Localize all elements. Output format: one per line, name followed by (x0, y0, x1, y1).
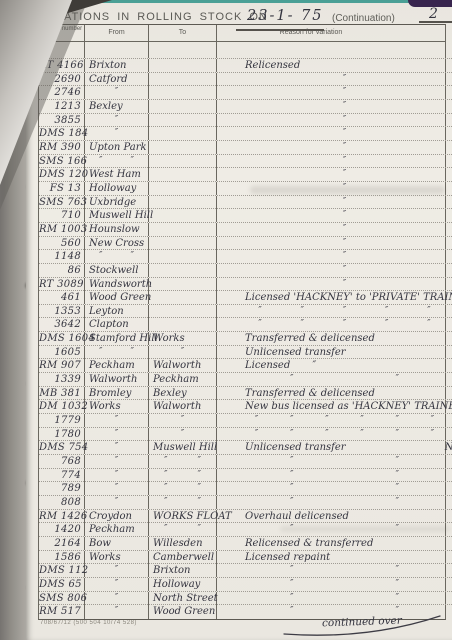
ditto-mark: ″ (131, 155, 134, 168)
page-title: ATIONS IN ROLLING STOCK ON (64, 11, 268, 23)
ditto-mark: ″ (290, 373, 293, 386)
table-row: 3855″″E (39, 114, 452, 128)
cell-reason: ″ (217, 237, 452, 250)
cell-to: North Street (149, 592, 217, 605)
cell-reason: ″ (217, 264, 452, 277)
ditto-mark: ″ (396, 373, 399, 386)
ditto-mark: ″ (131, 346, 134, 359)
cell-vehicle: 1148 (39, 250, 85, 263)
cell-to: ″″ (149, 469, 217, 482)
header-to: To (149, 25, 217, 41)
cell-reason: ″ (217, 223, 452, 236)
ditto-mark: ″ (290, 482, 293, 495)
cell-from: Walworth (85, 373, 149, 386)
cell-reason: ″″ (217, 455, 452, 468)
cell-reason: ″ (217, 278, 452, 291)
cell-vehicle: 1353 (39, 305, 85, 318)
cell-reason: ″″ (217, 592, 452, 605)
cell-vehicle: 1586 (39, 551, 85, 564)
ditto-mark: ″ (164, 455, 167, 468)
table-row: DMS 112″Brixton″″ (39, 564, 452, 578)
cell-from: Bow (85, 537, 149, 550)
ditto-mark: ″ (301, 318, 304, 331)
ditto-mark: ″ (343, 237, 346, 250)
cell-reason: ″ (217, 73, 452, 86)
cell-vehicle: DMS 120 (39, 168, 85, 181)
ditto-mark: ″ (343, 73, 346, 86)
cell-to: ″ (149, 414, 217, 427)
cell-vehicle: 86 (39, 264, 85, 277)
ditto-mark: ″ (396, 428, 399, 441)
cell-from: Catford (85, 73, 149, 86)
cell-reason: Unlicensed transfer (217, 346, 452, 359)
cell-from: Works (85, 551, 149, 564)
table-row: DMS 184″″E (39, 127, 452, 141)
ditto-mark: ″ (131, 250, 134, 263)
table-row: 1780″″″″″″″″NE (39, 428, 452, 442)
ditto-mark: ″ (181, 414, 184, 427)
cell-to (149, 155, 217, 168)
cell-from: Uxbridge (85, 196, 149, 209)
ditto-mark: ″ (343, 182, 346, 195)
cell-from: ″″ (85, 250, 149, 263)
cell-vehicle: RM 1426 (39, 510, 85, 523)
cell-to (149, 305, 217, 318)
table-row: RM 907PeckhamWalworthLicensed ″ (39, 359, 452, 373)
table-row (39, 42, 452, 59)
cell-from: Leyton (85, 305, 149, 318)
ditto-mark: ″ (290, 428, 293, 441)
ditto-mark: ″ (255, 414, 258, 427)
table-row: DM 1032WorksWalworthNew bus licensed as … (39, 400, 452, 414)
cell-from: Wandsworth (85, 278, 149, 291)
ditto-mark: ″ (343, 264, 346, 277)
ditto-mark: ″ (396, 414, 399, 427)
cell-from: Peckham (85, 523, 149, 536)
cell-reason: ″″″″″ (217, 305, 452, 318)
ditto-mark: ″ (325, 414, 328, 427)
cell-reason: ″″ (217, 523, 452, 536)
ditto-mark: ″ (343, 86, 346, 99)
header-from: From (85, 25, 149, 41)
cell-vehicle: 789 (39, 482, 85, 495)
ditto-mark: ″ (343, 141, 346, 154)
ditto-mark: ″ (343, 250, 346, 263)
variations-table: Vehicle number From To Reason for variat… (38, 24, 446, 620)
table-row: 710Muswell Hill″E (39, 209, 452, 223)
cell-reason: ″ (217, 250, 452, 263)
table-row: 1213Bexley″E (39, 100, 452, 114)
cell-vehicle: DMS 112 (39, 564, 85, 577)
table-row: 1605″″″Unlicensed transferE (39, 346, 452, 360)
ditto-mark: ″ (427, 305, 430, 318)
header-reason: Reason for variation (217, 25, 445, 41)
table-row: RT 3089Wandsworth″E (39, 278, 452, 292)
cell-reason (217, 42, 452, 58)
cell-reason: ″″″″″″ (217, 414, 452, 427)
cell-reason: Overhaul delicensed (217, 510, 452, 523)
cell-from: Works (85, 400, 149, 413)
cell-to: Holloway (149, 578, 217, 591)
cell-from: Stamford Hill (85, 332, 149, 345)
cell-vehicle: RM 1003 (39, 223, 85, 236)
cell-to (149, 223, 217, 236)
ditto-mark: ″ (301, 305, 304, 318)
continuation-label: (Continuation) (332, 13, 395, 24)
ditto-mark: ″ (290, 578, 293, 591)
cell-to (149, 264, 217, 277)
cell-to (149, 100, 217, 113)
cell-to (149, 182, 217, 195)
cell-vehicle: 774 (39, 469, 85, 482)
ditto-mark: ″ (290, 496, 293, 509)
table-body: RT 4166BrixtonRelicensedE2690Catford″E27… (39, 42, 445, 619)
cell-from: ″ (85, 469, 149, 482)
continued-over-underline-stroke (278, 610, 448, 640)
ditto-mark: ″ (164, 496, 167, 509)
table-row: SMS 763Uxbridge″E (39, 196, 452, 210)
cell-to (149, 141, 217, 154)
cell-vehicle: 1780 (39, 428, 85, 441)
cell-reason: ″ (217, 86, 452, 99)
cell-reason: ″″″″″″ (217, 428, 452, 441)
cell-from: Clapton (85, 318, 149, 331)
cell-reason: Transferred & delicensed (217, 387, 452, 400)
cell-from: Muswell Hill (85, 209, 149, 222)
ditto-mark: ″ (396, 455, 399, 468)
cell-to: ″″ (149, 455, 217, 468)
ditto-mark: ″ (396, 496, 399, 509)
cell-reason: ″ (217, 196, 452, 209)
cell-vehicle: SMS 166 (39, 155, 85, 168)
cell-to: Camberwell (149, 551, 217, 564)
table-row: DMS 65″Holloway″″ (39, 578, 452, 592)
ditto-mark: ″ (396, 469, 399, 482)
cell-to: Peckham (149, 373, 217, 386)
table-row: DMS 120West Ham″E (39, 168, 452, 182)
cell-reason: ″ (217, 182, 452, 195)
cell-reason: ″″ (217, 469, 452, 482)
cell-vehicle: SMS 763 (39, 196, 85, 209)
cell-from: ″ (85, 414, 149, 427)
cell-vehicle: 768 (39, 455, 85, 468)
cell-from: ″ (85, 428, 149, 441)
cell-to (149, 127, 217, 140)
cell-from: Hounslow (85, 223, 149, 236)
table-row: FS 13Holloway″E (39, 182, 452, 196)
ditto-mark: ″ (385, 318, 388, 331)
cell-vehicle: MB 381 (39, 387, 85, 400)
table-row: 774″″″″″″″ (39, 469, 452, 483)
date-handwritten: 23-1- 75 (247, 8, 324, 24)
table-row: DMS 1604Stamford HillWorksTransferred & … (39, 332, 452, 346)
cell-vehicle: RM 907 (39, 359, 85, 372)
cell-vehicle: 1605 (39, 346, 85, 359)
ditto-mark: ″ (164, 523, 167, 536)
cell-vehicle: DMS 1604 (39, 332, 85, 345)
table-row: 768″″″″″″″ (39, 455, 452, 469)
cell-vehicle: 1779 (39, 414, 85, 427)
ditto-mark: ″ (115, 428, 118, 441)
cell-from: ″ (85, 496, 149, 509)
cell-vehicle: RT 3089 (39, 278, 85, 291)
cell-vehicle: RM 390 (39, 141, 85, 154)
cell-vehicle: 3855 (39, 114, 85, 127)
cell-vehicle: RM 517 (39, 605, 85, 619)
ditto-mark: ″ (115, 86, 118, 99)
table-row: 789″″″″″″″ (39, 482, 452, 496)
table-row: 1353Leyton″″″″″NE (39, 305, 452, 319)
cell-to: Bexley (149, 387, 217, 400)
ditto-mark: ″ (343, 318, 346, 331)
cell-vehicle: DMS 754 (39, 441, 85, 454)
ditto-mark: ″ (431, 414, 434, 427)
ditto-mark: ″ (115, 469, 118, 482)
ditto-mark: ″ (181, 346, 184, 359)
table-row: RM 1003Hounslow″E (39, 223, 452, 237)
cell-to: ″″ (149, 523, 217, 536)
cell-to: Walworth (149, 359, 217, 372)
ditto-mark: ″ (343, 209, 346, 222)
table-row: 1586WorksCamberwellLicensed repaint (39, 551, 452, 565)
table-row: 1420Peckham″″″″E (39, 523, 452, 537)
ditto-mark: ″ (115, 605, 118, 619)
table-header-row: Vehicle number From To Reason for variat… (39, 25, 445, 42)
table-row: 560New Cross″E (39, 237, 452, 251)
ditto-mark: ″ (115, 114, 118, 127)
cell-to (149, 237, 217, 250)
form-code: 708/67/12 (500 504 10/74 528) (40, 620, 137, 626)
table-row: 1779″″″″″″″″NE (39, 414, 452, 428)
ditto-mark: ″ (343, 168, 346, 181)
cell-to: WORKS FLOAT (149, 510, 217, 523)
cell-from: Wood Green (85, 291, 149, 304)
ditto-mark: ″ (360, 428, 363, 441)
scan-top-edge-line (55, 0, 427, 3)
cell-vehicle: SMS 806 (39, 592, 85, 605)
ditto-mark: ″ (290, 414, 293, 427)
cell-to: ″″ (149, 482, 217, 495)
ditto-mark: ″ (343, 100, 346, 113)
ditto-mark: ″ (115, 441, 118, 454)
cell-to (149, 114, 217, 127)
cell-from: Bexley (85, 100, 149, 113)
ditto-mark: ″ (290, 592, 293, 605)
cell-reason: Unlicensed transfer (217, 441, 452, 454)
cell-to: Wood Green (149, 605, 217, 619)
cell-to (149, 59, 217, 72)
cell-reason: ″ (217, 155, 452, 168)
ditto-mark: ″ (258, 305, 261, 318)
table-row: 808″″″″″″″ (39, 496, 452, 510)
cell-from: ″ (85, 455, 149, 468)
table-row: 2746″″E (39, 86, 452, 100)
cell-vehicle: 560 (39, 237, 85, 250)
ditto-mark: ″ (255, 428, 258, 441)
cell-vehicle: DM 1032 (39, 400, 85, 413)
ditto-mark: ″ (198, 523, 201, 536)
cell-to: Walworth (149, 400, 217, 413)
table-row: RM 1426CroydonWORKS FLOATOverhaul delice… (39, 510, 452, 524)
table-row: SMS 806″North Street″″ (39, 592, 452, 606)
cell-from: Upton Park (85, 141, 149, 154)
table-row: 2690Catford″E (39, 73, 452, 87)
ditto-mark: ″ (99, 155, 102, 168)
table-row: 461Wood GreenLicensed 'HACKNEY' to 'PRIV… (39, 291, 452, 305)
cell-from: West Ham (85, 168, 149, 181)
cell-reason: ″ (217, 209, 452, 222)
cell-vehicle: 710 (39, 209, 85, 222)
cell-reason: ″ (217, 100, 452, 113)
table-row: 3642Clapton″″″″″NE (39, 318, 452, 332)
cell-to: Works (149, 332, 217, 345)
cell-from: ″ (85, 86, 149, 99)
cell-reason: Transferred & delicensed (217, 332, 452, 345)
ditto-mark: ″ (115, 564, 118, 577)
cell-reason: ″″ (217, 496, 452, 509)
ditto-mark: ″ (115, 592, 118, 605)
ditto-mark: ″ (164, 469, 167, 482)
ditto-mark: ″ (360, 414, 363, 427)
ditto-mark: ″ (431, 428, 434, 441)
cell-from: ″ (85, 482, 149, 495)
cell-vehicle: 3642 (39, 318, 85, 331)
cell-to: ″ (149, 346, 217, 359)
cell-to: Muswell Hill (149, 441, 217, 454)
table-row: RT 4166BrixtonRelicensedE (39, 59, 452, 73)
ditto-mark: ″ (343, 114, 346, 127)
cell-reason: ″ (217, 168, 452, 181)
ditto-mark: ″ (115, 455, 118, 468)
ditto-mark: ″ (198, 496, 201, 509)
ditto-mark: ″ (396, 564, 399, 577)
cell-to (149, 86, 217, 99)
ditto-mark: ″ (290, 523, 293, 536)
cell-from: ″ (85, 114, 149, 127)
cell-from: Holloway (85, 182, 149, 195)
cell-from: Peckham (85, 359, 149, 372)
ditto-mark: ″ (325, 428, 328, 441)
cell-to: ″″ (149, 496, 217, 509)
ditto-mark: ″ (181, 428, 184, 441)
ditto-mark: ″ (115, 578, 118, 591)
cell-to (149, 73, 217, 86)
cell-from: Croydon (85, 510, 149, 523)
cell-to (149, 196, 217, 209)
cell-from: ″ (85, 592, 149, 605)
cell-reason: ″ (217, 114, 452, 127)
cell-from: New Cross (85, 237, 149, 250)
ditto-mark: ″ (258, 318, 261, 331)
scanned-document: ATIONS IN ROLLING STOCK ON 23-1- 75 (Con… (0, 0, 452, 640)
ditto-mark: ″ (343, 155, 346, 168)
ditto-mark: ″ (198, 455, 201, 468)
cell-reason: Licensed ″ (217, 359, 452, 372)
cell-reason: ″″ (217, 578, 452, 591)
ditto-mark: ″ (343, 127, 346, 140)
ditto-mark: ″ (115, 496, 118, 509)
cell-from: Stockwell (85, 264, 149, 277)
cell-vehicle: 1420 (39, 523, 85, 536)
table-row: 1148″″″E (39, 250, 452, 264)
cell-to: Brixton (149, 564, 217, 577)
cell-to: ″ (149, 428, 217, 441)
cell-from: Bromley (85, 387, 149, 400)
cell-vehicle: 808 (39, 496, 85, 509)
ditto-mark: ″ (164, 482, 167, 495)
ditto-mark: ″ (427, 318, 430, 331)
ditto-mark: ″ (396, 578, 399, 591)
cell-reason: Licensed repaint (217, 551, 452, 564)
table-row: DMS 754″Muswell HillUnlicensed transferN… (39, 441, 452, 455)
table-row: RM 390Upton Park″E (39, 141, 452, 155)
cell-reason: ″ (217, 141, 452, 154)
ditto-mark: ″ (115, 482, 118, 495)
ditto-mark: ″ (99, 346, 102, 359)
cell-reason: ″″ (217, 373, 452, 386)
cell-from: ″ (85, 564, 149, 577)
ditto-mark: ″ (343, 305, 346, 318)
cell-reason: ″″ (217, 482, 452, 495)
cell-vehicle: 1213 (39, 100, 85, 113)
cell-from: ″ (85, 578, 149, 591)
cell-from: ″ (85, 605, 149, 619)
ditto-mark: ″ (343, 278, 346, 291)
cell-vehicle: 1339 (39, 373, 85, 386)
page-number: 2 (429, 6, 438, 22)
table-row: SMS 166″″″E (39, 155, 452, 169)
cell-from (85, 42, 149, 58)
ditto-mark: ″ (396, 482, 399, 495)
table-row: MB 381BromleyBexleyTransferred & delicen… (39, 387, 452, 401)
ditto-mark: ″ (290, 564, 293, 577)
ditto-mark: ″ (198, 482, 201, 495)
ditto-mark: ″ (290, 469, 293, 482)
cell-to: Willesden (149, 537, 217, 550)
cell-to (149, 250, 217, 263)
cell-from: Brixton (85, 59, 149, 72)
cell-to (149, 42, 217, 58)
ditto-mark: ″ (343, 196, 346, 209)
cell-from: ″ (85, 127, 149, 140)
cell-reason: Relicensed (217, 59, 452, 72)
cell-to (149, 168, 217, 181)
cell-reason: ″″″″″ (217, 318, 452, 331)
cell-vehicle: 2164 (39, 537, 85, 550)
cell-reason: Licensed 'HACKNEY' to 'PRIVATE' TRAINER (217, 291, 452, 304)
ditto-mark: ″ (115, 127, 118, 140)
page-number-underline (419, 21, 452, 23)
ditto-mark: ″ (290, 455, 293, 468)
ditto-mark: ″ (343, 223, 346, 236)
table-row: 86Stockwell″E (39, 264, 452, 278)
ditto-mark: ″ (198, 469, 201, 482)
cell-to (149, 278, 217, 291)
cell-vehicle: FS 13 (39, 182, 85, 195)
cell-vehicle: DMS 184 (39, 127, 85, 140)
ditto-mark: ″ (115, 414, 118, 427)
cell-from: ″ (85, 441, 149, 454)
cell-reason: ″″ (217, 564, 452, 577)
ditto-mark: ″ (396, 523, 399, 536)
cell-vehicle: DMS 65 (39, 578, 85, 591)
cell-from: ″″ (85, 346, 149, 359)
cell-reason: Relicensed & transferred (217, 537, 452, 550)
table-row: 1339WalworthPeckham″″ (39, 373, 452, 387)
table-row: 2164BowWillesdenRelicensed & transferred… (39, 537, 452, 551)
cell-to (149, 209, 217, 222)
ditto-mark: ″ (99, 250, 102, 263)
